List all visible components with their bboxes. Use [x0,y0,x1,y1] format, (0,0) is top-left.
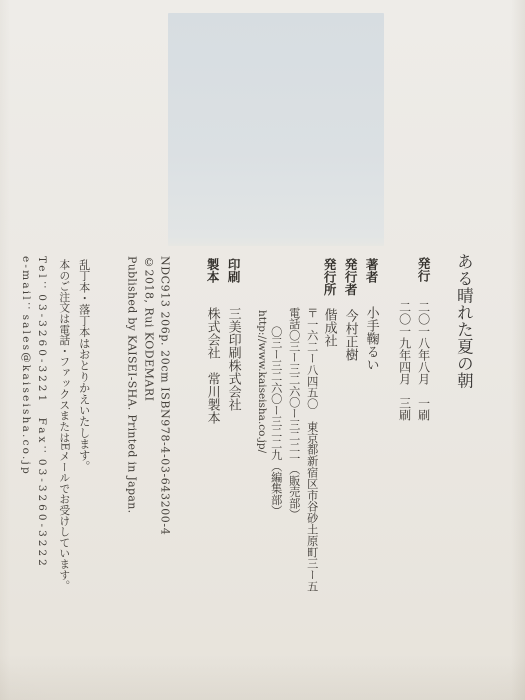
publisher-website-url: http://www.kaiseisha.co.jp/ [256,310,267,453]
book-colophon-photo: ある晴れた夏の朝 発行 二〇一八年八月 一刷 二〇一九年四月 三刷 著者 小手鞠… [0,0,525,700]
ndc-isbn-line: NDC913 206p. 20cm ISBN978-4-03-643200-4 [159,256,171,535]
author-name: 小手鞠るい [364,306,378,371]
copyright-line: ©2018, Rui KODEMARI [143,256,155,402]
binder-label: 製本 [206,258,219,283]
publisher-name: 偕成社 [322,308,336,347]
publisher-address: 〒一六二ー八四五〇 東京都新宿区市谷砂土原町三ー五 [306,307,318,592]
binder-name: 株式会社 常川製本 [205,307,219,424]
issuer-name: 今村正樹 [343,309,357,361]
edition-label: 発行 [417,257,430,282]
author-label: 著者 [365,258,378,283]
phone-editorial-department: 〇三ー三二六〇ー三二二九（編集部） [270,326,282,516]
first-printing-date: 二〇一八年八月 一刷 [417,301,430,421]
phone-sales-department: 電話〇三ー三二六〇ー三二二一（販売部） [288,307,300,520]
orders-notice: 本のご注文は電話・ファックスまたはEメールでお受けしています。 [59,259,70,591]
printer-label: 印刷 [227,258,240,283]
book-title: ある晴れた夏の朝 [455,253,472,389]
issuer-label: 発行者 [344,258,357,296]
email-line: e-mail：sales@kaiseisha.co.jp [20,256,31,476]
printer-name: 三美印刷株式会社 [226,307,240,411]
published-by-line: Published by KAISEI-SHA. Printed in Japa… [126,256,138,513]
book-top-edge-band [168,13,384,246]
tel-fax-line: Tel：03-3260-3221 Fax：03-3260-3222 [36,256,47,569]
third-printing-date: 二〇一九年四月 三刷 [398,301,411,421]
publisher-label: 発行所 [323,258,336,296]
returns-notice: 乱丁本・落丁本はおとりかえいたします。 [78,259,90,472]
